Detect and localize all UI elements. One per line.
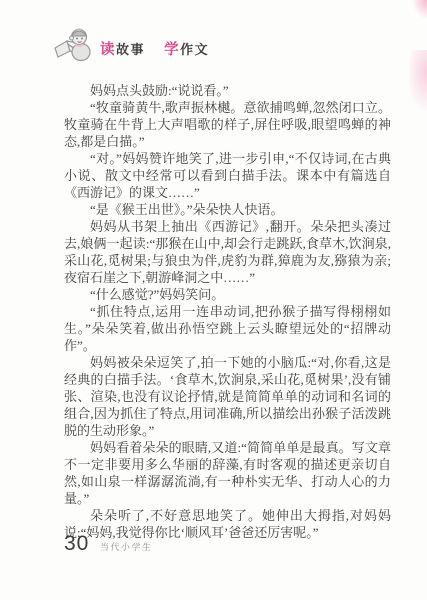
paragraph-5: 妈妈从书架上抽出《西游记》,翻开。朵朵把头凑过去,娘俩一起读:“那猴在山中,却会… bbox=[64, 218, 391, 286]
column-title: 读故事 学作文 bbox=[96, 38, 209, 64]
paragraph-8: 妈妈被朵朵逗笑了,拍一下她的小脑瓜:“对,你看,这是经典的白描手法。‘食草木,饮… bbox=[64, 354, 391, 439]
reading-mascot-icon bbox=[52, 26, 96, 64]
column-title-segment-read: 读故事 bbox=[100, 42, 145, 57]
magazine-name: 当代小学生 bbox=[100, 540, 154, 553]
page-bleed-smudge-side bbox=[409, 50, 427, 150]
paragraph-4: “是《猴王出世》。”朵朵快人快语。 bbox=[64, 201, 391, 218]
paragraph-1: 妈妈点头鼓励:“说说看。” bbox=[64, 82, 391, 99]
paragraph-2: “牧童骑黄牛,歌声振林樾。意欲捕鸣蝉,忽然闭口立。牧童骑在牛背上大声唱歌的样子,… bbox=[64, 99, 391, 150]
paragraph-7: “抓住特点,运用一连串动词,把孙猴子描写得栩栩如生。”朵朵笑着,做出孙悟空跳上云… bbox=[64, 303, 391, 354]
accent-char-learn: 学 bbox=[164, 42, 180, 58]
page-number: 30 bbox=[64, 532, 89, 556]
paragraph-6: “什么感觉?”妈妈笑问。 bbox=[64, 286, 391, 303]
page-bleed-smudge-top bbox=[411, 0, 427, 24]
title-rest-writing: 作文 bbox=[180, 42, 209, 57]
magazine-page: 读故事 学作文 妈妈点头鼓励:“说说看。” “牧童骑黄牛,歌声振林樾。意欲捕鸣蝉… bbox=[0, 0, 427, 600]
title-rest-story: 故事 bbox=[116, 42, 145, 57]
column-header: 读故事 学作文 bbox=[52, 26, 209, 64]
page-footer: 30 当代小学生 bbox=[64, 532, 153, 556]
paragraph-3: “对。”妈妈赞许地笑了,进一步引申,“不仅诗词,在古典小说、散文中经常可以看到白… bbox=[64, 150, 391, 201]
paragraph-9: 妈妈看着朵朵的眼睛,又道:“简简单单是最真。写文章不一定非要用多么华丽的辞藻,有… bbox=[64, 439, 391, 507]
column-title-segment-learn: 学作文 bbox=[164, 42, 209, 57]
article-body: 妈妈点头鼓励:“说说看。” “牧童骑黄牛,歌声振林樾。意欲捕鸣蝉,忽然闭口立。牧… bbox=[64, 82, 391, 541]
accent-char-read: 读 bbox=[100, 42, 116, 58]
